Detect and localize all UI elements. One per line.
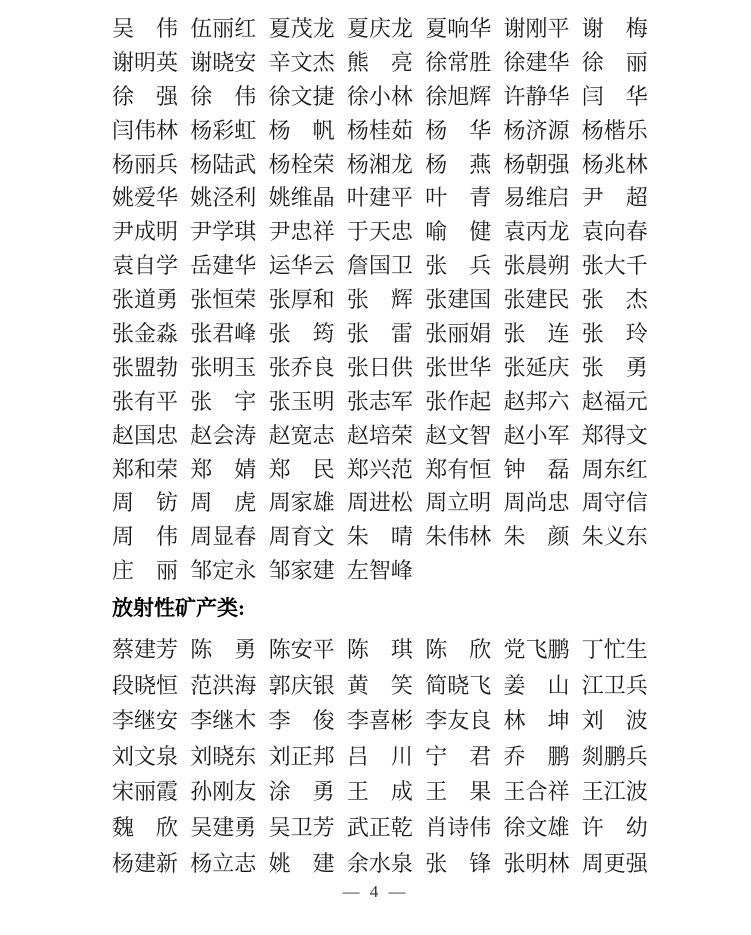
name-cell: 李继安 (112, 710, 178, 732)
name-cell: 张建民 (503, 289, 569, 311)
name-cell: 吴建勇 (190, 817, 256, 839)
section-heading-radioactive-minerals: 放射性矿产类: (112, 590, 647, 624)
name-cell: 周东红 (582, 459, 648, 481)
name-cell: 张 辉 (347, 289, 413, 311)
name-cell: 谢晓安 (190, 52, 256, 74)
name-row: 蔡建芳陈 勇陈安平陈 琪陈 欣党飞鹏丁忙生 (112, 632, 647, 668)
name-row: 张有平张 宇张玉明张志军张作起赵邦六赵福元 (112, 385, 647, 419)
name-cell: 张君峰 (190, 323, 256, 345)
name-cell: 张明玉 (190, 357, 256, 379)
name-cell: 周尚忠 (503, 492, 569, 514)
name-row: 吴 伟伍丽红夏茂龙夏庆龙夏响华谢刚平谢 梅 (112, 12, 647, 46)
name-cell: 张盟勃 (112, 357, 178, 379)
name-cell: 袁向春 (582, 221, 648, 243)
name-cell: 夏响华 (425, 18, 491, 40)
name-row: 姚爱华姚泾利姚维晶叶建平叶 青易维启尹 超 (112, 181, 647, 215)
name-cell: 运华云 (269, 255, 335, 277)
name-cell: 左智峰 (347, 560, 413, 582)
name-cell: 孙刚友 (190, 781, 256, 803)
name-cell: 张恒荣 (190, 289, 256, 311)
name-cell: 徐旭辉 (425, 86, 491, 108)
name-cell: 肖诗伟 (425, 817, 491, 839)
name-cell: 喻 健 (425, 221, 491, 243)
name-cell: 朱 颜 (503, 526, 569, 548)
name-row: 郑和荣郑 婧郑 民郑兴范郑有恒钟 磊周东红 (112, 453, 647, 487)
name-row: 李继安李继木李 俊李喜彬李友良林 坤刘 波 (112, 703, 647, 739)
name-cell: 钟 磊 (503, 459, 569, 481)
name-cell: 党飞鹏 (503, 639, 569, 661)
name-cell: 许 幼 (582, 817, 648, 839)
name-cell: 郭庆银 (269, 675, 335, 697)
name-cell: 周立明 (425, 492, 491, 514)
name-cell: 郑兴范 (347, 459, 413, 481)
page-content: 吴 伟伍丽红夏茂龙夏庆龙夏响华谢刚平谢 梅谢明英谢晓安辛文杰熊 亮徐常胜徐建华徐… (112, 12, 647, 881)
name-cell: 周家雄 (269, 492, 335, 514)
name-cell: 张世华 (425, 357, 491, 379)
name-cell: 周更强 (582, 853, 648, 875)
name-cell: 吴 伟 (112, 18, 178, 40)
name-cell: 张 玲 (582, 323, 648, 345)
name-cell: 尹忠祥 (269, 221, 335, 243)
name-cell: 张晨朔 (503, 255, 569, 277)
name-cell: 周 钫 (112, 492, 178, 514)
name-cell: 张厚和 (269, 289, 335, 311)
name-cell: 张延庆 (503, 357, 569, 379)
name-cell: 王 果 (425, 781, 491, 803)
name-cell: 杨陆武 (190, 154, 256, 176)
name-cell: 李 俊 (269, 710, 335, 732)
name-row: 尹成明尹学琪尹忠祥于天忠喻 健袁丙龙袁向春 (112, 215, 647, 249)
name-cell: 杨桂茹 (347, 120, 413, 142)
name-cell: 蔡建芳 (112, 639, 178, 661)
name-cell: 谢 梅 (582, 18, 648, 40)
name-cell: 杨 帆 (269, 120, 335, 142)
name-cell: 宋丽霞 (112, 781, 178, 803)
name-cell: 易维启 (503, 187, 569, 209)
name-cell: 姚 建 (269, 853, 335, 875)
name-cell: 赵小军 (503, 425, 569, 447)
name-cell: 杨丽兵 (112, 154, 178, 176)
name-cell: 姚维晶 (269, 187, 335, 209)
name-row: 段晓恒范洪海郭庆银黄 笑简晓飞姜 山江卫兵 (112, 668, 647, 704)
name-cell: 尹学琪 (190, 221, 256, 243)
name-row: 张盟勃张明玉张乔良张日供张世华张延庆张 勇 (112, 351, 647, 385)
name-cell: 李友良 (425, 710, 491, 732)
name-cell: 郑有恒 (425, 459, 491, 481)
name-cell: 王 成 (347, 781, 413, 803)
name-row: 庄 丽邹定永邹家建左智峰 (112, 554, 647, 588)
name-cell: 徐 强 (112, 86, 178, 108)
name-cell: 林 坤 (503, 710, 569, 732)
name-cell: 徐文捷 (269, 86, 335, 108)
name-cell: 赵培荣 (347, 425, 413, 447)
name-cell: 朱伟林 (425, 526, 491, 548)
name-cell: 张玉明 (269, 391, 335, 413)
name-cell: 徐 丽 (582, 52, 648, 74)
name-cell: 杨朝强 (503, 154, 569, 176)
name-cell: 王合祥 (503, 781, 569, 803)
name-cell: 张 勇 (582, 357, 648, 379)
name-cell: 张 兵 (425, 255, 491, 277)
name-cell: 詹国卫 (347, 255, 413, 277)
name-cell: 乔 鹏 (503, 746, 569, 768)
name-row: 张金淼张君峰张 筠张 雷张丽娟张 连张 玲 (112, 317, 647, 351)
name-row: 张道勇张恒荣张厚和张 辉张建国张建民张 杰 (112, 283, 647, 317)
name-cell: 张志军 (347, 391, 413, 413)
name-cell: 杨立志 (190, 853, 256, 875)
name-row: 赵国忠赵会涛赵宽志赵培荣赵文智赵小军郑得文 (112, 419, 647, 453)
name-cell: 闫 华 (582, 86, 648, 108)
name-cell: 李喜彬 (347, 710, 413, 732)
name-cell: 赵福元 (582, 391, 648, 413)
name-cell: 许静华 (503, 86, 569, 108)
name-cell: 刘晓东 (190, 746, 256, 768)
name-cell: 涂 勇 (269, 781, 335, 803)
name-cell: 杨湘龙 (347, 154, 413, 176)
name-row: 闫伟林杨彩虹杨 帆杨桂茹杨 华杨济源杨楷乐 (112, 114, 647, 148)
name-cell: 徐建华 (503, 52, 569, 74)
name-cell: 夏庆龙 (347, 18, 413, 40)
name-cell: 刘 波 (582, 710, 648, 732)
name-cell: 刘正邦 (269, 746, 335, 768)
name-cell: 邹家建 (269, 560, 335, 582)
name-cell: 张大千 (582, 255, 648, 277)
name-cell: 张金淼 (112, 323, 178, 345)
name-cell: 武正乾 (347, 817, 413, 839)
name-cell: 杨彩虹 (190, 120, 256, 142)
name-cell: 谢明英 (112, 52, 178, 74)
name-cell: 杨济源 (503, 120, 569, 142)
name-cell: 张有平 (112, 391, 178, 413)
name-cell: 江卫兵 (582, 675, 648, 697)
name-row: 周 钫周 虎周家雄周进松周立明周尚忠周守信 (112, 486, 647, 520)
name-cell: 范洪海 (190, 675, 256, 697)
name-cell: 杨建新 (112, 853, 178, 875)
name-cell: 余水泉 (347, 853, 413, 875)
name-cell: 陈 勇 (190, 639, 256, 661)
name-cell: 张 筠 (269, 323, 335, 345)
name-row: 徐 强徐 伟徐文捷徐小林徐旭辉许静华闫 华 (112, 80, 647, 114)
name-cell: 熊 亮 (347, 52, 413, 74)
name-cell: 张 宇 (190, 391, 256, 413)
name-list-section-2: 蔡建芳陈 勇陈安平陈 琪陈 欣党飞鹏丁忙生段晓恒范洪海郭庆银黄 笑简晓飞姜 山江… (112, 632, 647, 881)
name-row: 魏 欣吴建勇吴卫芳武正乾肖诗伟徐文雄许 幼 (112, 810, 647, 846)
name-cell: 徐文雄 (503, 817, 569, 839)
name-cell: 杨栓荣 (269, 154, 335, 176)
name-cell: 简晓飞 (425, 675, 491, 697)
name-cell: 袁自学 (112, 255, 178, 277)
name-cell: 王江波 (582, 781, 648, 803)
name-cell: 丁忙生 (582, 639, 648, 661)
name-cell: 徐常胜 (425, 52, 491, 74)
name-cell: 姚爱华 (112, 187, 178, 209)
name-cell: 黄 笑 (347, 675, 413, 697)
name-cell: 张道勇 (112, 289, 178, 311)
name-cell: 郑得文 (582, 425, 648, 447)
name-cell: 姜 山 (503, 675, 569, 697)
name-cell: 剡鹏兵 (582, 746, 648, 768)
name-cell: 刘文泉 (112, 746, 178, 768)
name-cell: 张乔良 (269, 357, 335, 379)
name-cell: 杨 燕 (425, 154, 491, 176)
name-cell: 杨 华 (425, 120, 491, 142)
name-row: 杨建新杨立志姚 建余水泉张 锋张明林周更强 (112, 846, 647, 882)
name-cell: 赵文智 (425, 425, 491, 447)
name-cell: 陈安平 (269, 639, 335, 661)
name-cell: 闫伟林 (112, 120, 178, 142)
name-cell: 李继木 (190, 710, 256, 732)
name-cell: 郑 民 (269, 459, 335, 481)
name-cell: 周 伟 (112, 526, 178, 548)
name-row: 宋丽霞孙刚友涂 勇王 成王 果王合祥王江波 (112, 775, 647, 811)
name-cell: 邹定永 (190, 560, 256, 582)
name-cell: 朱义东 (582, 526, 648, 548)
name-cell: 张作起 (425, 391, 491, 413)
name-cell: 张 连 (503, 323, 569, 345)
name-cell: 于天忠 (347, 221, 413, 243)
name-cell: 辛文杰 (269, 52, 335, 74)
name-cell: 周显春 (190, 526, 256, 548)
name-cell: 张 杰 (582, 289, 648, 311)
name-cell: 岳建华 (190, 255, 256, 277)
name-cell: 叶建平 (347, 187, 413, 209)
name-cell: 张 雷 (347, 323, 413, 345)
name-cell: 张丽娟 (425, 323, 491, 345)
name-row: 杨丽兵杨陆武杨栓荣杨湘龙杨 燕杨朝强杨兆林 (112, 148, 647, 182)
name-row: 刘文泉刘晓东刘正邦吕 川宁 君乔 鹏剡鹏兵 (112, 739, 647, 775)
name-cell: 周守信 (582, 492, 648, 514)
name-cell: 尹 超 (582, 187, 648, 209)
name-cell: 袁丙龙 (503, 221, 569, 243)
document-page: 吴 伟伍丽红夏茂龙夏庆龙夏响华谢刚平谢 梅谢明英谢晓安辛文杰熊 亮徐常胜徐建华徐… (0, 0, 751, 935)
name-row: 袁自学岳建华运华云詹国卫张 兵张晨朔张大千 (112, 249, 647, 283)
name-cell: 周进松 (347, 492, 413, 514)
name-cell: 陈 欣 (425, 639, 491, 661)
name-cell: 张 锋 (425, 853, 491, 875)
name-cell: 赵宽志 (269, 425, 335, 447)
name-cell: 徐 伟 (190, 86, 256, 108)
name-cell: 张明林 (503, 853, 569, 875)
name-cell: 叶 青 (425, 187, 491, 209)
name-cell: 吴卫芳 (269, 817, 335, 839)
name-list-section-1: 吴 伟伍丽红夏茂龙夏庆龙夏响华谢刚平谢 梅谢明英谢晓安辛文杰熊 亮徐常胜徐建华徐… (112, 12, 647, 588)
name-cell: 徐小林 (347, 86, 413, 108)
name-cell: 尹成明 (112, 221, 178, 243)
name-cell: 陈 琪 (347, 639, 413, 661)
name-cell: 夏茂龙 (269, 18, 335, 40)
name-cell: 郑 婧 (190, 459, 256, 481)
name-cell: 赵邦六 (503, 391, 569, 413)
name-cell: 杨兆林 (582, 154, 648, 176)
name-cell: 魏 欣 (112, 817, 178, 839)
name-cell: 段晓恒 (112, 675, 178, 697)
name-cell: 赵会涛 (190, 425, 256, 447)
name-row: 周 伟周显春周育文朱 晴朱伟林朱 颜朱义东 (112, 520, 647, 554)
name-cell: 谢刚平 (503, 18, 569, 40)
name-cell: 姚泾利 (190, 187, 256, 209)
name-cell: 张建国 (425, 289, 491, 311)
name-cell: 伍丽红 (190, 18, 256, 40)
name-cell: 张日供 (347, 357, 413, 379)
name-cell: 郑和荣 (112, 459, 178, 481)
name-cell: 赵国忠 (112, 425, 178, 447)
name-cell: 吕 川 (347, 746, 413, 768)
name-cell: 宁 君 (425, 746, 491, 768)
name-cell: 杨楷乐 (582, 120, 648, 142)
name-cell: 周育文 (269, 526, 335, 548)
page-number: — 4 — (0, 882, 751, 902)
name-row: 谢明英谢晓安辛文杰熊 亮徐常胜徐建华徐 丽 (112, 46, 647, 80)
name-cell: 庄 丽 (112, 560, 178, 582)
name-cell: 朱 晴 (347, 526, 413, 548)
name-cell: 周 虎 (190, 492, 256, 514)
